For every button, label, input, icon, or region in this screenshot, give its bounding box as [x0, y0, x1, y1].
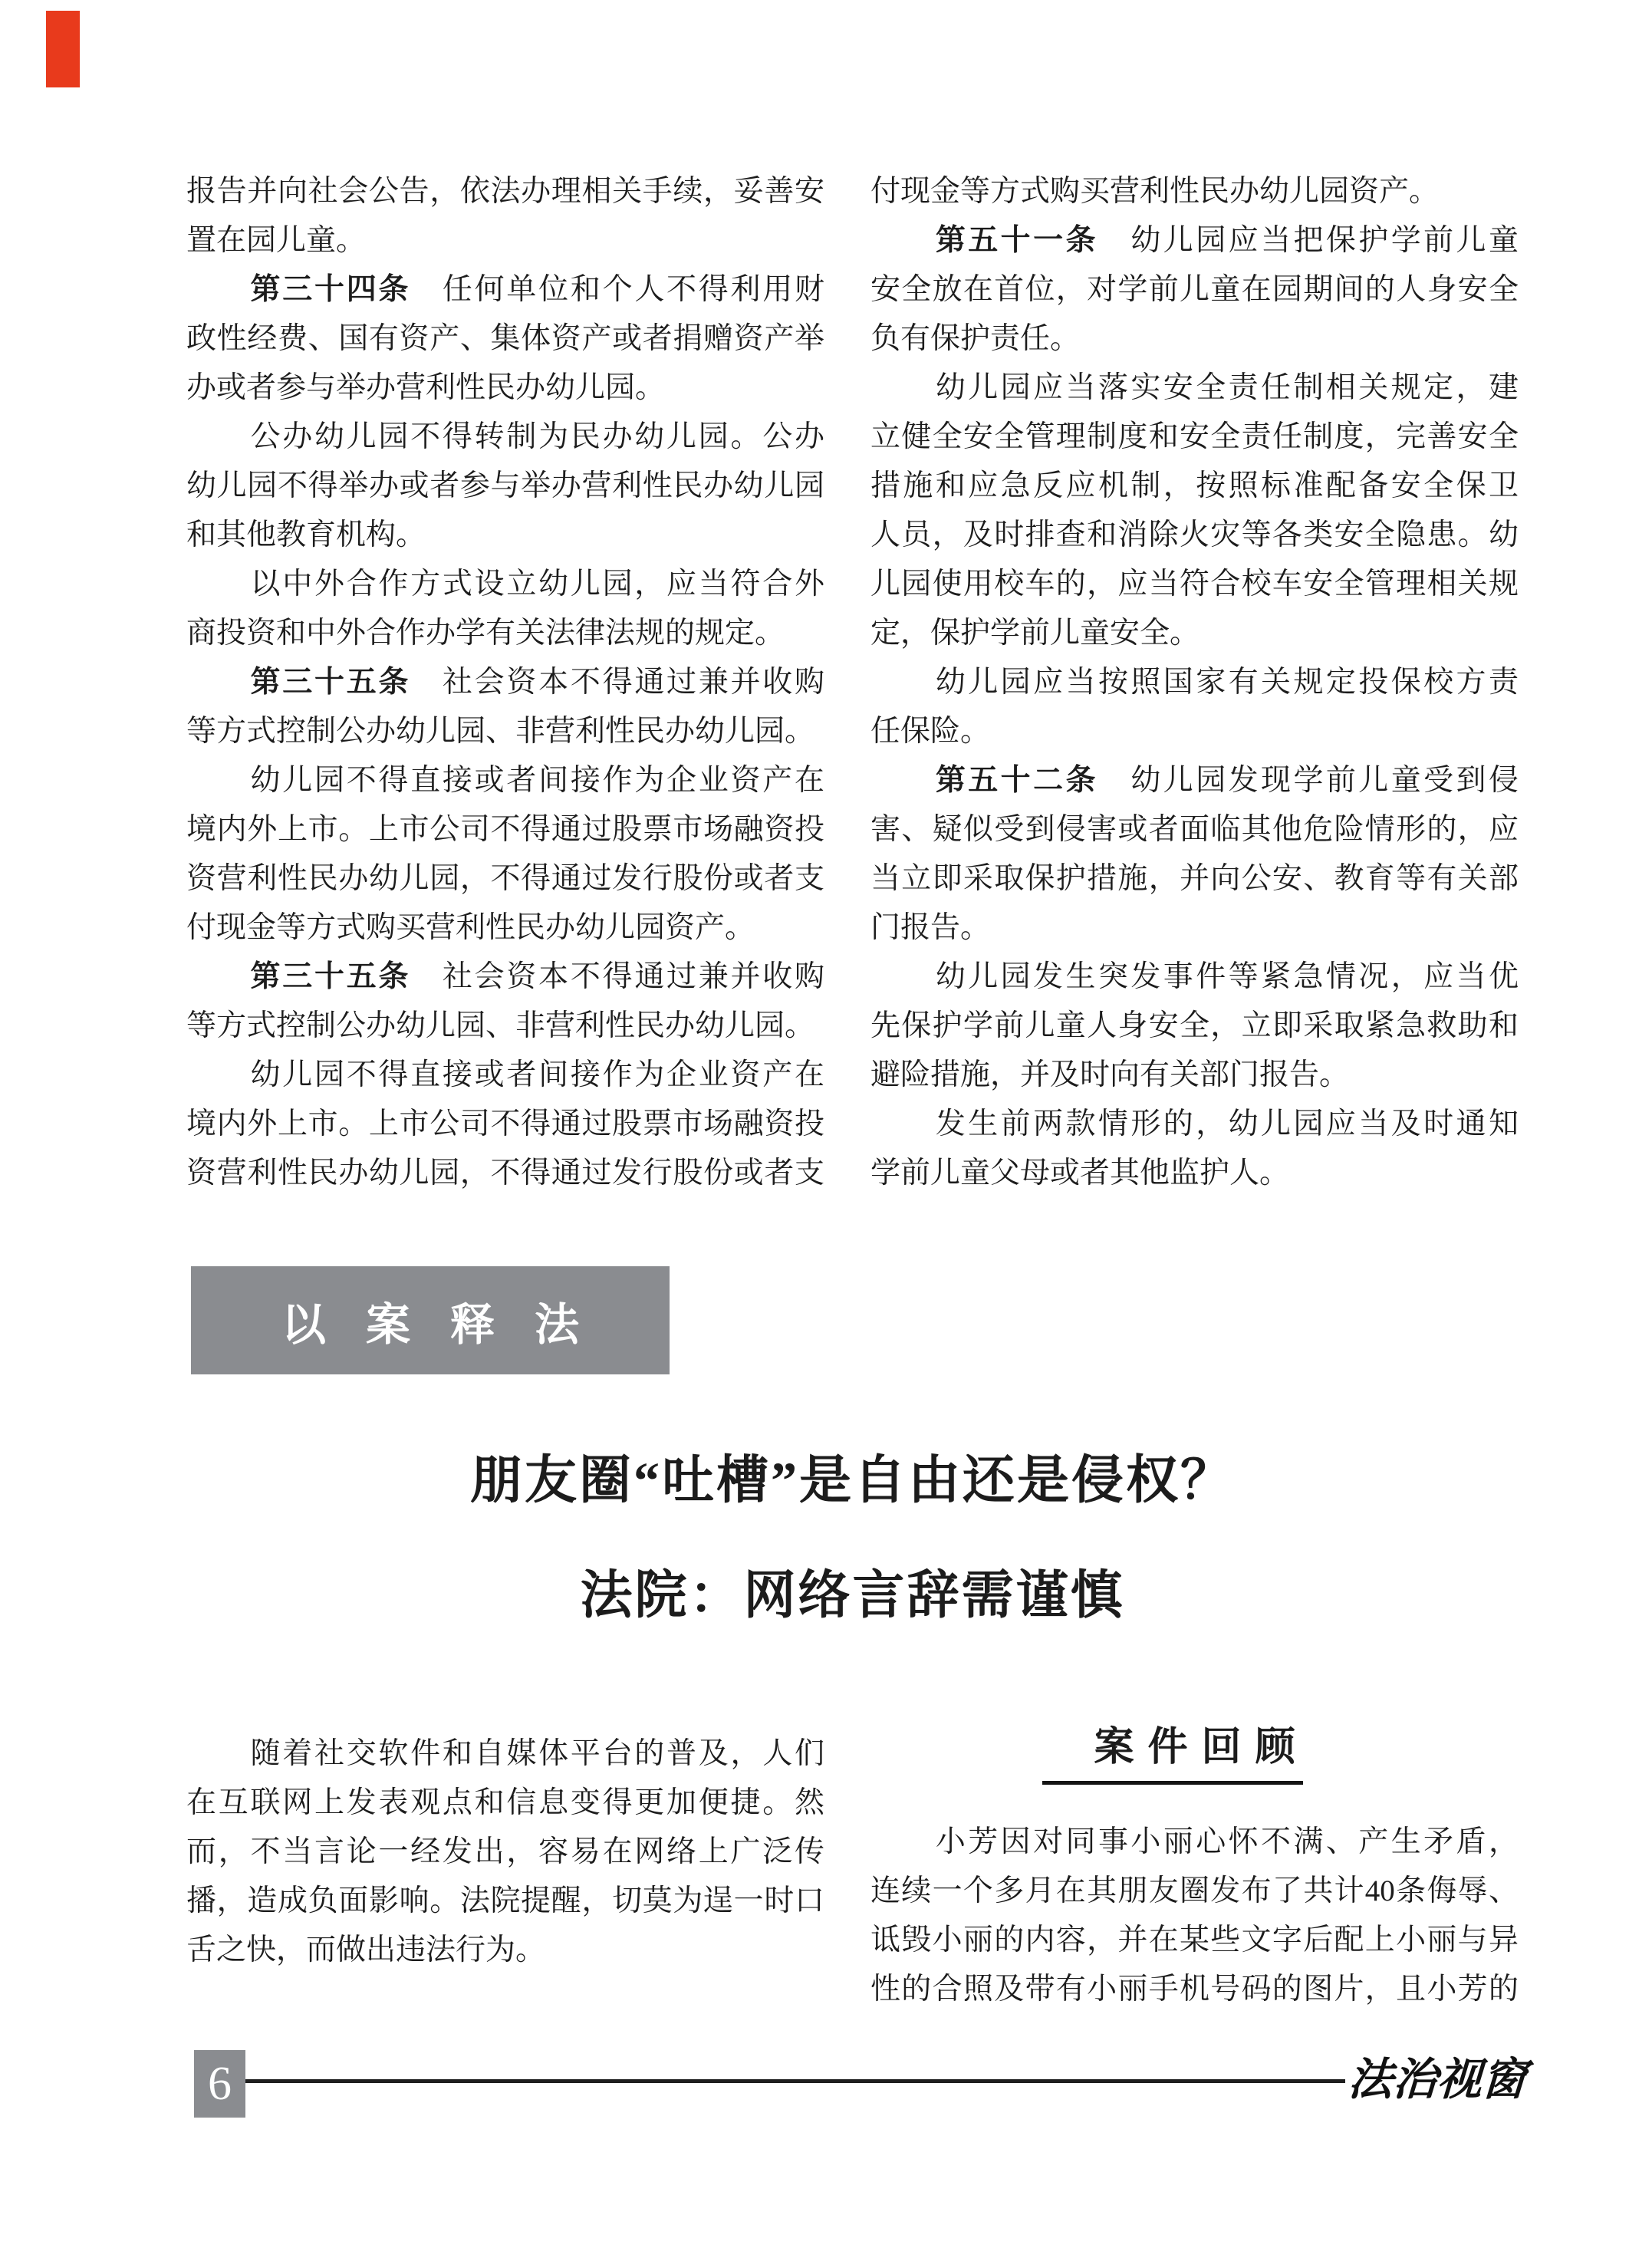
case-review-header: 案件回顾	[870, 1720, 1519, 1774]
text-line: 幼儿园不得举办或者参与举办营利性民办幼儿园	[186, 462, 824, 511]
text-line: 在互联网上发表观点和信息变得更加便捷。然	[186, 1779, 824, 1828]
text-line: 幼儿园不得直接或者间接作为企业资产在	[186, 1051, 824, 1100]
text-line: 当立即采取保护措施，并向公安、教育等有关部	[870, 854, 1519, 903]
page-number: 6	[208, 2057, 232, 2111]
text-line: 以中外合作方式设立幼儿园，应当符合外	[186, 560, 824, 609]
section-tag-box: 以案释法	[191, 1266, 670, 1374]
text-line: 境内外上市。上市公司不得通过股票市场融资投	[186, 805, 824, 854]
text-line: 商投资和中外合作办学有关法律法规的规定。	[186, 609, 824, 658]
text-line: 安全放在首位，对学前儿童在园期间的人身安全	[870, 265, 1519, 314]
text-line: 立健全安全管理制度和安全责任制度，完善安全	[870, 413, 1519, 462]
text-line: 等方式控制公办幼儿园、非营利性民办幼儿园。	[186, 1002, 824, 1051]
text-line: 害、疑似受到侵害或者面临其他危险情形的，应	[870, 805, 1519, 854]
text-line: 幼儿园发生突发事件等紧急情况，应当优	[870, 953, 1519, 1002]
bottom-left-text-column: 随着社交软件和自媒体平台的普及，人们在互联网上发表观点和信息变得更加便捷。然而，…	[186, 1729, 824, 1975]
top-right-text-column: 付现金等方式购买营利性民办幼儿园资产。 第五十一条 幼儿园应当把保护学前儿童安全…	[870, 167, 1519, 1198]
top-left-text-column: 报告并向社会公告，依法办理相关手续，妥善安置在园儿童。 第三十四条 任何单位和个…	[186, 167, 824, 1198]
page-number-box: 6	[194, 2050, 245, 2118]
article-title-line1: 朋友圈“吐槽”是自由还是侵权？	[186, 1423, 1519, 1538]
text-line: 报告并向社会公告，依法办理相关手续，妥善安	[186, 167, 824, 216]
bottom-right-text-column: 小芳因对同事小丽心怀不满、产生矛盾，连续一个多月在其朋友圈发布了共计40条侮辱、…	[870, 1818, 1519, 2014]
text-line: 小芳因对同事小丽心怀不满、产生矛盾，	[870, 1818, 1519, 1867]
text-line: 先保护学前儿童人身安全，立即采取紧急救助和	[870, 1002, 1519, 1051]
article-number: 第五十二条	[936, 764, 1098, 797]
text-line: 舌之快，而做出违法行为。	[186, 1926, 824, 1975]
text-line: 措施和应急反应机制，按照标准配备安全保卫	[870, 462, 1519, 511]
text-line: 学前儿童父母或者其他监护人。	[870, 1149, 1519, 1198]
text-line: 而，不当言论一经发出，容易在网络上广泛传	[186, 1828, 824, 1877]
article-number: 第五十一条	[936, 224, 1098, 257]
magazine-page: 报告并向社会公告，依法办理相关手续，妥善安置在园儿童。 第三十四条 任何单位和个…	[0, 0, 1652, 2261]
text-line: 置在园儿童。	[186, 216, 824, 265]
case-review-label: 案件回顾	[1094, 1725, 1308, 1769]
section-tag-label: 以案释法	[281, 1288, 619, 1353]
article-number: 第三十四条	[250, 273, 410, 306]
text-line: 政性经费、国有资产、集体资产或者捐赠资产举	[186, 314, 824, 364]
footer-rule	[245, 2079, 1345, 2083]
text-line: 境内外上市。上市公司不得通过股票市场融资投	[186, 1100, 824, 1149]
text-line: 人员，及时排查和消除火灾等各类安全隐患。幼	[870, 511, 1519, 560]
text-line: 发生前两款情形的，幼儿园应当及时通知	[870, 1100, 1519, 1149]
text-line: 资营利性民办幼儿园，不得通过发行股份或者支	[186, 854, 824, 903]
text-line: 幼儿园应当落实安全责任制相关规定，建	[870, 364, 1519, 413]
text-line: 定，保护学前儿童安全。	[870, 609, 1519, 658]
text-line: 诋毁小丽的内容，并在某些文字后配上小丽与异	[870, 1916, 1519, 1965]
text-line: 办或者参与举办营利性民办幼儿园。	[186, 364, 824, 413]
red-corner-mark	[46, 11, 80, 87]
text-line: 资营利性民办幼儿园，不得通过发行股份或者支	[186, 1149, 824, 1198]
text-line: 儿园使用校车的，应当符合校车安全管理相关规	[870, 560, 1519, 609]
text-line: 幼儿园应当按照国家有关规定投保校方责	[870, 658, 1519, 707]
article-number: 第三十五条	[250, 960, 410, 993]
magazine-name-script: 法治视窗	[1346, 2043, 1503, 2117]
text-line: 门报告。	[870, 903, 1519, 953]
text-line: 任保险。	[870, 707, 1519, 756]
article-number: 第三十五条	[250, 666, 410, 699]
text-line: 播，造成负面影响。法院提醒，切莫为逞一时口	[186, 1877, 824, 1926]
article-title-line2: 法院：网络言辞需谨慎	[186, 1538, 1519, 1653]
text-line: 负有保护责任。	[870, 314, 1519, 364]
text-line: 第三十四条 任何单位和个人不得利用财	[186, 265, 824, 314]
text-line: 第五十一条 幼儿园应当把保护学前儿童	[870, 216, 1519, 265]
text-line: 等方式控制公办幼儿园、非营利性民办幼儿园。	[186, 707, 824, 756]
text-line: 和其他教育机构。	[186, 511, 824, 560]
text-line: 避险措施，并及时向有关部门报告。	[870, 1051, 1519, 1100]
text-line: 第五十二条 幼儿园发现学前儿童受到侵	[870, 756, 1519, 805]
text-line: 付现金等方式购买营利性民办幼儿园资产。	[186, 903, 824, 953]
text-line: 连续一个多月在其朋友圈发布了共计40条侮辱、	[870, 1867, 1519, 1916]
text-line: 性的合照及带有小丽手机号码的图片，且小芳的	[870, 1965, 1519, 2014]
case-review-underline	[1042, 1781, 1303, 1785]
text-line: 第三十五条 社会资本不得通过兼并收购	[186, 953, 824, 1002]
text-line: 第三十五条 社会资本不得通过兼并收购	[186, 658, 824, 707]
text-line: 公办幼儿园不得转制为民办幼儿园。公办	[186, 413, 824, 462]
text-line: 付现金等方式购买营利性民办幼儿园资产。	[870, 167, 1519, 216]
text-line: 随着社交软件和自媒体平台的普及，人们	[186, 1729, 824, 1779]
text-line: 幼儿园不得直接或者间接作为企业资产在	[186, 756, 824, 805]
article-title: 朋友圈“吐槽”是自由还是侵权？ 法院：网络言辞需谨慎	[186, 1423, 1519, 1653]
